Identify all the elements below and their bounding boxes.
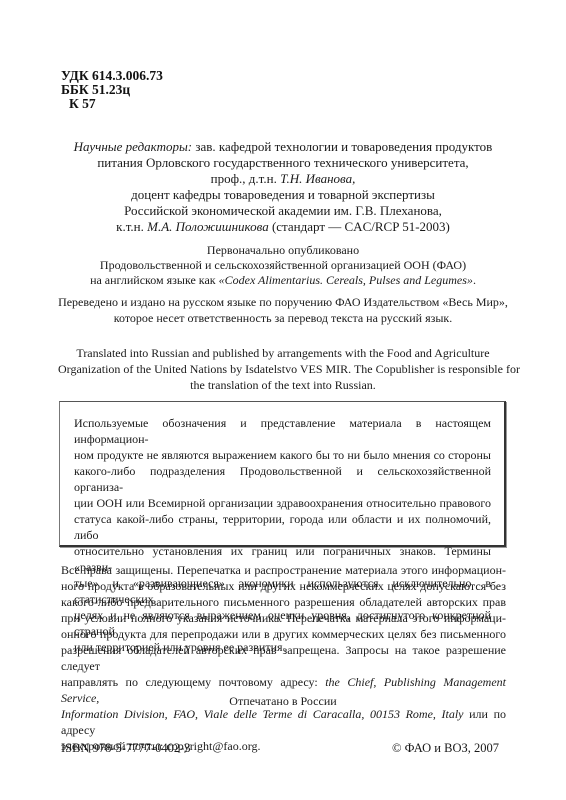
rights-line7-prefix: направлять по следующему почтовому адрес… (61, 675, 325, 689)
original-publication: Первоначально опубликовано Продовольстве… (60, 243, 506, 288)
translation-en-line2: Organization of the United Nations by Is… (58, 361, 508, 377)
editors-line1: зав. кафедрой технологии и товароведения… (192, 139, 492, 154)
orig-line3-suffix: . (473, 273, 476, 287)
catalog-codes: УДК 614.3.006.73 ББК 51.23ц К 57 (61, 69, 163, 111)
translation-ru-line2: которое несет ответственность за перевод… (55, 310, 511, 326)
translation-en-line3: the translation of the text into Russian… (58, 377, 508, 393)
original-title: «Codex Alimentarius. Cereals, Pulses and… (219, 273, 473, 287)
disclaimer-line: статуса какой-либо страны, территории, г… (74, 511, 491, 543)
scientific-editors: Научные редакторы: зав. кафедрой техноло… (60, 139, 506, 235)
disclaimer-box: Используемые обозначения и представление… (59, 401, 506, 547)
editors-label: Научные редакторы: (74, 139, 192, 154)
rights-line: Все права защищены. Перепечатка и распро… (61, 562, 506, 578)
disclaimer-line: ном продукте не являются выражением како… (74, 447, 491, 463)
author-mark: К 57 (61, 97, 163, 111)
translation-en-line1: Translated into Russian and published by… (58, 345, 508, 361)
rights-notice: Все права защищены. Перепечатка и распро… (61, 562, 506, 754)
rights-line: онного продукта для перепродажи или в др… (61, 626, 506, 642)
copyright: © ФАО и ВОЗ, 2007 (392, 740, 499, 756)
editors-line4: доцент кафедры товароведения и товарной … (60, 187, 506, 203)
printed-in: Отпечатано в России (60, 694, 506, 709)
orig-line2: Продовольственной и сельскохозяйственной… (60, 258, 506, 273)
rights-line: какого-либо предварительного письменного… (61, 594, 506, 610)
translation-ru-line1: Переведено и издано на русском языке по … (55, 294, 511, 310)
rights-line: разрешения обладателей авторских прав за… (61, 642, 506, 674)
fao-address-part2: Information Division, FAO, Viale delle T… (61, 707, 464, 721)
disclaimer-line: какого-либо подразделения Продовольствен… (74, 463, 491, 495)
editors-line6-prefix: к.т.н. (116, 219, 147, 234)
udk-code: УДК 614.3.006.73 (61, 69, 163, 83)
bbk-code: ББК 51.23ц (61, 83, 163, 97)
isbn: ISBN 978-5-7777-0402-3 (61, 740, 191, 756)
disclaimer-line: Используемые обозначения и представление… (74, 415, 491, 447)
rights-line: ного продукта в образовательных или друг… (61, 578, 506, 594)
editor2-name: М.А. Положишникова (147, 219, 269, 234)
orig-line3-prefix: на английском языке как (90, 273, 219, 287)
editor1-name: Т.Н. Иванова, (280, 171, 355, 186)
disclaimer-line: ции ООН или Всемирной организации здраво… (74, 495, 491, 511)
translation-note-en: Translated into Russian and published by… (58, 345, 508, 393)
editors-line3-prefix: проф., д.т.н. (211, 171, 280, 186)
editors-line6-suffix: (стандарт — CAC/RCP 51-2003) (269, 219, 450, 234)
orig-line1: Первоначально опубликовано (60, 243, 506, 258)
translation-note-ru: Переведено и издано на русском языке по … (55, 294, 511, 326)
rights-line: при условии полного указания источника. … (61, 610, 506, 626)
editors-line2: питания Орловского государственного техн… (60, 155, 506, 171)
editors-line5: Российской экономической академии им. Г.… (60, 203, 506, 219)
